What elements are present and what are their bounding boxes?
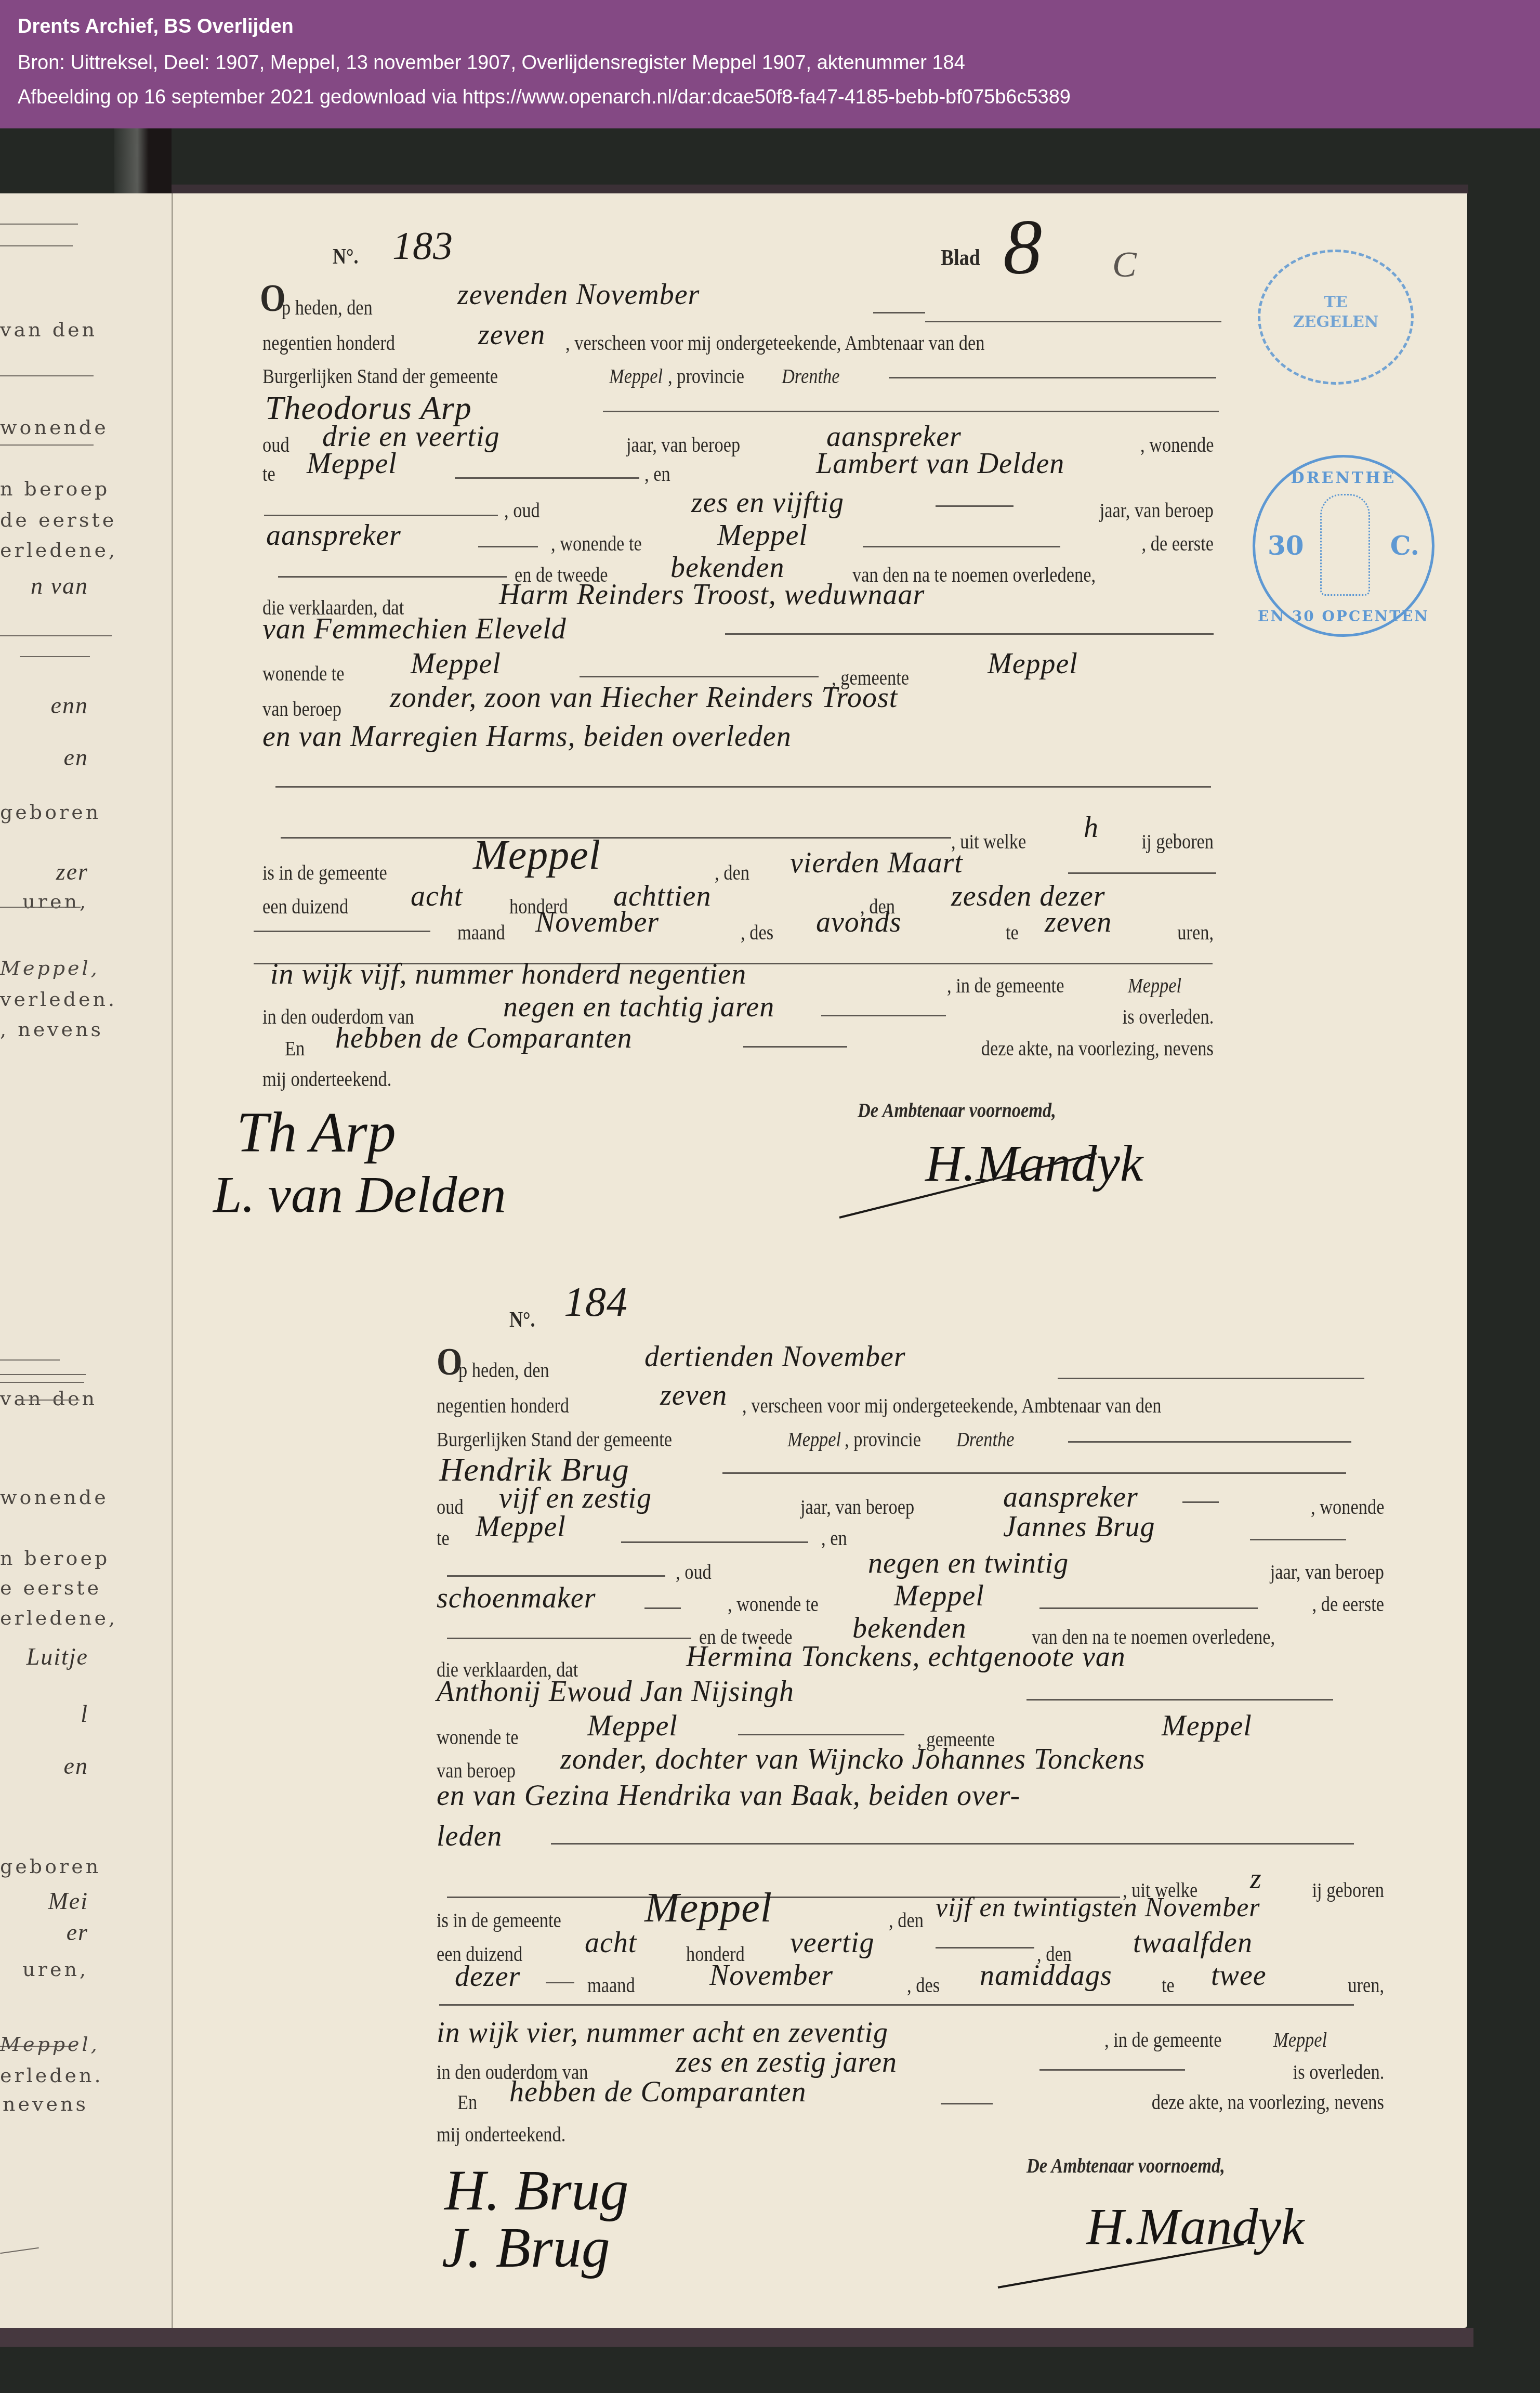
signature-official: H.Mandyk — [925, 1133, 1143, 1193]
text: p heden, den — [458, 1358, 549, 1382]
rule — [439, 2004, 1354, 2006]
text: jaar, van beroep — [1100, 498, 1214, 522]
text: Meppel — [1273, 2028, 1327, 2052]
rule — [20, 656, 90, 657]
fragment: n van — [0, 572, 172, 599]
text: , de eerste — [1142, 531, 1214, 556]
rule — [264, 515, 498, 516]
text: is in de gemeente — [437, 1908, 561, 1932]
text: te — [1006, 920, 1019, 945]
text: is in de gemeente — [262, 860, 387, 885]
birthplace: Meppel — [644, 1885, 772, 1932]
text: , de eerste — [1312, 1592, 1384, 1616]
fragment: en — [0, 1752, 172, 1780]
text: oud — [262, 433, 289, 457]
text: En — [285, 1036, 305, 1061]
rule — [447, 1638, 691, 1639]
text: mij onderteekend. — [437, 2122, 565, 2147]
fragment: l — [0, 1700, 172, 1728]
rule — [1039, 1607, 1258, 1609]
rule — [580, 676, 819, 677]
fragment: wonende — [0, 416, 172, 439]
rule — [478, 546, 538, 547]
deceased-municipality: Meppel — [1162, 1709, 1252, 1743]
text: , wonende — [1140, 433, 1214, 457]
death-day: twaalfden — [1133, 1926, 1253, 1959]
text: , wonende te — [551, 531, 642, 556]
fragment: erledene, — [0, 1606, 172, 1629]
rule — [0, 635, 112, 636]
rule — [738, 1734, 904, 1735]
fragment: e eerste — [0, 1576, 172, 1599]
text: En — [457, 2090, 477, 2114]
death-address: in wijk vijf, nummer honderd negentien — [270, 958, 746, 991]
text: , verscheen voor mij ondergeteekende, Am… — [742, 1393, 1162, 1418]
fragment: Meppel, — [0, 2033, 172, 2056]
pronoun: z — [1250, 1862, 1262, 1895]
text: uren, — [1177, 920, 1214, 945]
rule — [254, 931, 430, 932]
fragment: n beroep — [0, 1547, 172, 1570]
rule — [821, 1015, 946, 1016]
death-hour: twee — [1211, 1959, 1267, 1992]
book-spine — [114, 128, 172, 193]
rule — [603, 411, 1219, 412]
text: oud — [437, 1495, 464, 1519]
deceased-age: negen en tachtig jaren — [503, 990, 774, 1024]
record-number: 183 — [392, 224, 453, 269]
deceased-parents: zonder, dochter van Wijncko Johannes Ton… — [560, 1743, 1145, 1776]
fragment: er — [0, 1918, 172, 1946]
blad-number: 8 — [1003, 203, 1043, 292]
death-address: in wijk vier, nummer acht en zeventig — [437, 2016, 888, 2049]
text: , oud — [676, 1560, 712, 1584]
fragment: geboren — [0, 801, 172, 823]
rule — [863, 546, 1060, 547]
text: , in de gemeente — [1104, 2028, 1221, 2052]
fragment: en — [0, 743, 172, 771]
filled-year: zeven — [660, 1379, 727, 1412]
fragment: Meppel, — [0, 957, 172, 979]
rule — [1058, 1378, 1364, 1379]
rule — [0, 444, 94, 446]
text: p heden, den — [282, 295, 373, 320]
fragment: geboren — [0, 1855, 172, 1878]
official-label: De Ambtenaar voornoemd, — [858, 1098, 1056, 1122]
text: deze akte, na voorlezing, nevens — [1152, 2090, 1384, 2114]
rule — [941, 2103, 993, 2104]
fragment: verleden. — [0, 988, 172, 1011]
text: , den — [715, 860, 749, 885]
text: wonende te — [437, 1725, 519, 1749]
text: Burgerlijken Stand der gemeente — [437, 1427, 672, 1452]
death-month: November — [535, 906, 659, 939]
pronoun: h — [1084, 811, 1099, 844]
rule — [546, 1982, 574, 1983]
rule — [278, 576, 507, 578]
download-line: Afbeelding op 16 september 2021 gedownlo… — [18, 86, 1071, 109]
signature-declarant-2: J. Brug — [442, 2215, 610, 2281]
rule — [281, 837, 951, 839]
rule — [0, 224, 78, 225]
blad-label: Blad — [941, 244, 980, 271]
text: jaar, van beroep — [1270, 1560, 1384, 1584]
archive-header: Drents Archief, BS Overlijden Bron: Uitt… — [0, 0, 1540, 128]
fragment: van den — [0, 1387, 172, 1410]
text: te — [1162, 1973, 1175, 1997]
death-daypart: namiddags — [980, 1959, 1112, 1992]
rule — [1182, 1501, 1219, 1503]
fragment: zer — [0, 858, 172, 885]
record-number-label: N°. — [333, 244, 359, 269]
record-number-label: N°. — [509, 1307, 535, 1332]
birthplace: Meppel — [473, 832, 601, 879]
rule — [0, 375, 94, 376]
rule — [1026, 1699, 1333, 1701]
death-hour: zeven — [1045, 906, 1112, 939]
birth-year: veertig — [790, 1926, 874, 1959]
text: te — [437, 1526, 450, 1550]
rule — [0, 1374, 86, 1375]
rule — [1068, 1441, 1351, 1443]
deceased-parents-cont: en van Marregien Harms, beiden overleden — [262, 720, 792, 753]
filled-year: zeven — [478, 318, 545, 351]
record-number: 184 — [564, 1279, 628, 1326]
declarant-2-residence: Meppel — [717, 519, 808, 552]
text: , wonende — [1311, 1495, 1384, 1519]
deceased-parents-cont2: leden — [437, 1820, 502, 1853]
fragment: wonende — [0, 1486, 172, 1509]
text: , in de gemeente — [947, 973, 1064, 998]
text: een duizend — [262, 894, 348, 919]
fragment: uren, — [0, 1958, 172, 1981]
text: uren, — [1348, 1973, 1384, 1997]
declarant-2-residence: Meppel — [894, 1579, 984, 1613]
rule — [743, 1046, 847, 1048]
declarant-2-occupation: schoenmaker — [437, 1581, 596, 1615]
text: Drenthe — [956, 1427, 1014, 1452]
rule — [1250, 1539, 1346, 1540]
text: Meppel — [609, 364, 663, 388]
text: , en — [644, 462, 670, 486]
declarant-2-age: zes en vijftig — [691, 486, 844, 519]
declarant-2-age: negen en twintig — [868, 1547, 1069, 1580]
cover-edge-bottom — [0, 2328, 1473, 2347]
fragment: Luitje — [0, 1643, 172, 1670]
fragment: n beroep — [0, 477, 172, 500]
rule — [0, 1359, 60, 1361]
rule — [455, 477, 639, 479]
text: te — [262, 462, 275, 486]
text: maand — [587, 1973, 635, 1997]
text: negentien honderd — [437, 1393, 569, 1418]
death-daypart: avonds — [816, 906, 902, 939]
text: , provincie — [668, 364, 744, 388]
rule — [873, 312, 925, 313]
fragment: Mei — [0, 1887, 172, 1915]
fragment: uren, — [0, 890, 172, 913]
text: negentien honderd — [262, 331, 395, 355]
text: , des — [907, 1973, 940, 1997]
rule — [447, 1575, 665, 1577]
birth-century: acht — [411, 880, 463, 913]
declarant-2-occupation: aanspreker — [266, 519, 401, 552]
text: ij geboren — [1141, 829, 1214, 854]
fragment: de eerste — [0, 508, 172, 531]
text: , den — [889, 1908, 924, 1932]
filled-date: zevenden November — [457, 278, 700, 311]
fragment: nevens — [0, 2093, 172, 2115]
text: , en — [821, 1526, 847, 1550]
signature-declarant-2: L. van Delden — [213, 1165, 506, 1224]
text: deze akte, na voorlezing, nevens — [981, 1036, 1214, 1061]
deceased-residence: Meppel — [411, 647, 501, 681]
text: , des — [741, 920, 773, 945]
signature-official: H.Mandyk — [1086, 2196, 1304, 2256]
birth-century: acht — [585, 1926, 637, 1959]
deceased-age: zes en zestig jaren — [676, 2046, 897, 2079]
rule — [0, 1382, 84, 1383]
spouse-name: Anthonij Ewoud Jan Nijsingh — [437, 1675, 794, 1708]
death-month: November — [709, 1959, 833, 1992]
text: jaar, van beroep — [800, 1495, 914, 1519]
text: , verscheen voor mij ondergeteekende, Am… — [565, 331, 985, 355]
filled-date: dertienden November — [644, 1340, 906, 1374]
text: van beroep — [262, 697, 341, 721]
birth-date: vierden Maart — [790, 846, 963, 880]
rule — [644, 1607, 681, 1609]
cover-edge-top — [172, 185, 1468, 194]
rule — [936, 505, 1013, 507]
text: Burgerlijken Stand der gemeente — [262, 364, 498, 388]
signing-party: hebben de Comparanten — [509, 2075, 807, 2109]
text: , wonende te — [728, 1592, 819, 1616]
text: , oud — [504, 498, 540, 522]
rule — [0, 907, 81, 908]
rule — [275, 786, 1211, 788]
signing-party: hebben de Comparanten — [335, 1022, 633, 1055]
signature-declarant-1: H. Brug — [444, 2157, 628, 2224]
fragment: , nevens — [0, 1018, 172, 1041]
text: Drenthe — [782, 364, 839, 388]
rule — [1068, 872, 1216, 874]
declarant-1-residence: Meppel — [307, 447, 397, 480]
fragment: enn — [0, 691, 172, 719]
text: , provincie — [845, 1427, 921, 1452]
deceased-parents: zonder, zoon van Hiecher Reinders Troost — [390, 681, 898, 714]
deceased-municipality: Meppel — [988, 647, 1078, 681]
deceased-residence: Meppel — [587, 1709, 678, 1743]
text: ij geboren — [1312, 1878, 1384, 1902]
text: jaar, van beroep — [626, 433, 740, 457]
rule — [0, 245, 73, 246]
declarant-1-occupation: aanspreker — [1003, 1481, 1138, 1514]
fragment: erleden. — [0, 2064, 172, 2087]
rule — [725, 633, 1214, 635]
margin-note: C — [1112, 244, 1137, 286]
rule — [925, 321, 1221, 322]
rule — [1039, 2069, 1185, 2071]
rule — [551, 1843, 1354, 1845]
deceased-name: Hermina Tonckens, echtgenoote van — [686, 1640, 1126, 1673]
spouse-name: van Femmechien Eleveld — [262, 612, 567, 646]
rule — [722, 1472, 1346, 1474]
declarant-2-name: Jannes Brug — [1003, 1510, 1155, 1544]
revenue-stamp-upper: TEZEGELEN — [1258, 250, 1414, 385]
text: is overleden. — [1122, 1004, 1214, 1029]
source-line: Bron: Uittreksel, Deel: 1907, Meppel, 13… — [18, 52, 965, 74]
declarant-2-name: Lambert van Delden — [816, 447, 1064, 480]
rule — [621, 1541, 808, 1543]
declarant-1-residence: Meppel — [476, 1510, 566, 1544]
text: Meppel — [787, 1427, 841, 1452]
text: is overleden. — [1293, 2060, 1384, 2084]
official-label: De Ambtenaar voornoemd, — [1026, 2153, 1225, 2178]
deceased-parents-cont: en van Gezina Hendrika van Baak, beiden … — [437, 1779, 1020, 1812]
death-day-cont: dezer — [455, 1960, 520, 1993]
rule — [18, 1400, 80, 1401]
text: mij onderteekend. — [262, 1067, 391, 1091]
text: maand — [457, 920, 505, 945]
rule — [889, 377, 1216, 378]
deceased-name: Harm Reinders Troost, weduwnaar — [499, 578, 925, 611]
fragment: van den — [0, 318, 172, 341]
revenue-stamp-drenthe: DRENTHE 30C. EN 30 OPCENTEN — [1253, 455, 1434, 637]
text: wonende te — [262, 661, 345, 686]
rule — [936, 1947, 1034, 1949]
signature-declarant-1: Th Arp — [236, 1100, 396, 1166]
text: Meppel — [1128, 973, 1181, 998]
fragment: erledene, — [0, 539, 172, 561]
archive-title: Drents Archief, BS Overlijden — [18, 16, 294, 38]
birth-date: vijf en twintigsten November — [936, 1892, 1260, 1923]
